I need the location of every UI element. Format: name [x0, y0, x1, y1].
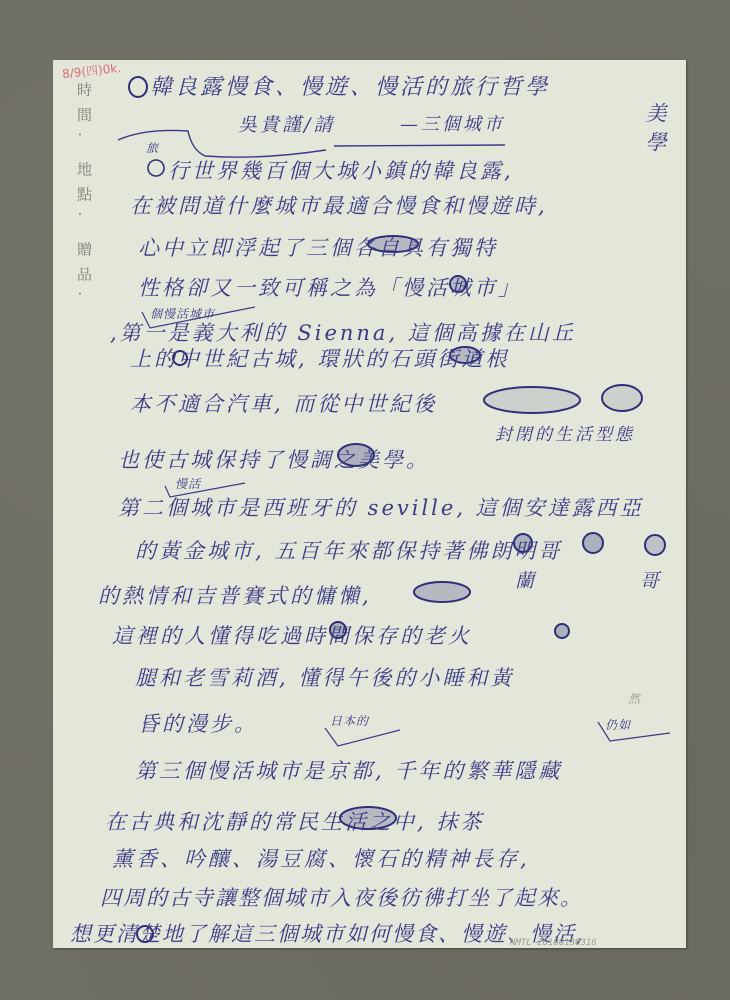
- insert-note: 旅: [146, 139, 159, 156]
- text-line-2: 在被問道什麼城市最適合慢食和慢遊時,: [130, 190, 548, 220]
- text-line-14: 昏的漫步。: [138, 708, 258, 738]
- text-line-11: 的熱情和吉普賽式的慵懶,: [98, 580, 372, 610]
- text-line-17: 薰香、吟釀、湯豆腐、懷石的精神長存,: [112, 843, 530, 873]
- text-line-3: 心中立即浮起了三個各自具有獨特: [138, 232, 498, 262]
- text-line-6: 上的中世紀古城, 環狀的石頭街道根: [130, 343, 509, 373]
- text-line-18: 四周的古寺讓整個城市入夜後彷彿打坐了起來。: [100, 882, 583, 912]
- text-line-12: 這裡的人懂得吃過時間保存的老火: [112, 620, 472, 650]
- archive-stamp: NMTL 20180130316: [510, 938, 597, 948]
- interlinear-note-4: 哥: [640, 566, 662, 593]
- text-line-8: 也使古城保持了慢調之美學。: [118, 444, 430, 474]
- subtitle-author: 吳貴謹/請: [238, 110, 335, 137]
- interlinear-note-5: 日本的: [330, 712, 369, 729]
- text-line-7-insert: 封閉的生活型態: [495, 420, 635, 445]
- title-line: 韓良露慢食、慢遊、慢活的旅行哲學: [150, 70, 550, 101]
- text-line-16: 在古典和沈靜的常民生活之中, 抹茶: [105, 806, 484, 836]
- title-right-note: 美學: [640, 102, 670, 160]
- text-line-7: 本不適合汽車, 而從中世紀後: [130, 388, 437, 418]
- text-line-19: 想更清楚地了解這三個城市如何慢食、慢遊、慢活,: [70, 918, 585, 948]
- interlinear-note-6: 仍如: [605, 716, 631, 733]
- interlinear-note-2: 慢活: [175, 475, 201, 492]
- text-line-13: 腿和老雪莉酒, 懂得午後的小睡和黃: [135, 662, 514, 692]
- interlinear-note-3: 蘭: [515, 566, 537, 593]
- text-line-1: 行世界幾百個大城小鎮的韓良露,: [168, 155, 514, 185]
- text-line-15: 第三個慢活城市是京都, 千年的繁華隱藏: [135, 755, 562, 785]
- text-line-4: 性格卻又一致可稱之為「慢活城市」: [138, 272, 522, 302]
- pencil-insert-ran: 然: [628, 690, 641, 707]
- text-line-9: 第二個城市是西班牙的 seville, 這個安達露西亞: [118, 492, 644, 522]
- text-line-10: 的黃金城市, 五百年來都保持著佛朗明哥: [135, 535, 562, 565]
- subtitle-three-cities: —三個城市: [400, 110, 505, 136]
- pencil-margin-note: 時間. 地點. 贈品.: [72, 82, 96, 306]
